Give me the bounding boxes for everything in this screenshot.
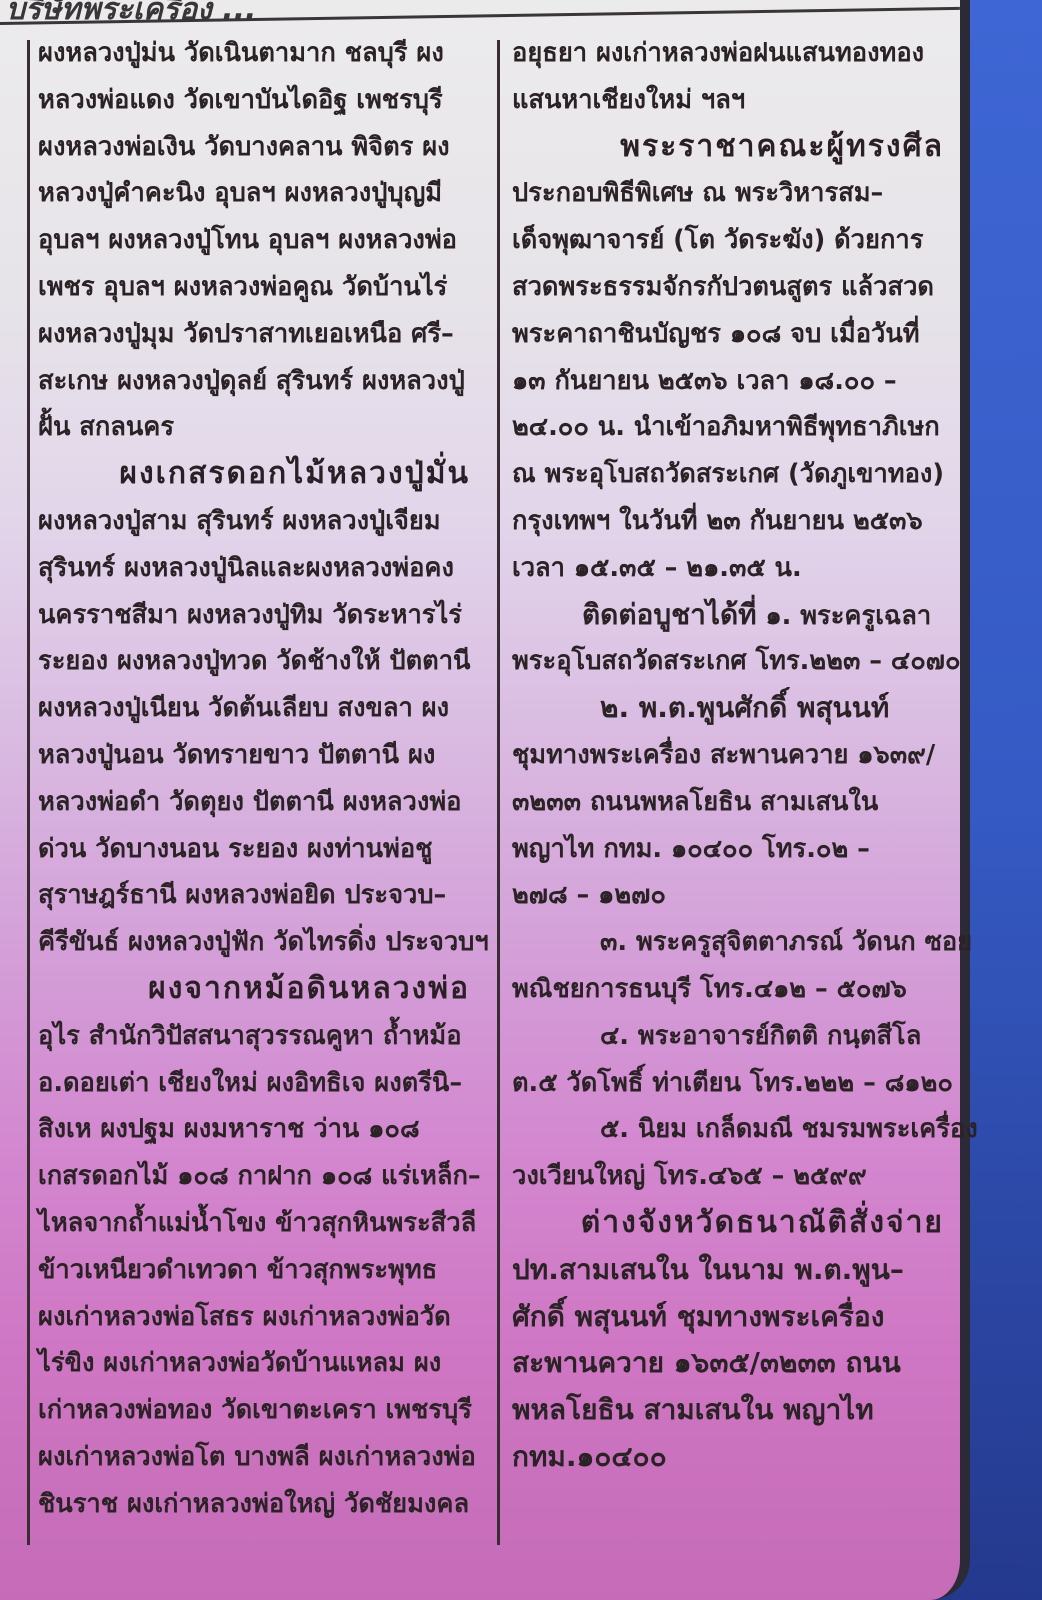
right-column: อยุธยา ผงเก่าหลวงพ่อฝนแสนทองทอง แสนหาเชี…: [512, 30, 952, 1481]
contact-name: ๔. พระอาจารย์กิตติ กนฺตสีโล: [512, 1013, 952, 1060]
text-line: พระคาถาชินบัญชร ๑๐๘ จบ เมื่อวันที่: [512, 311, 952, 358]
text-line: สุราษฎร์ธานี ผงหลวงพ่อยิด ประจวบ–: [38, 872, 478, 919]
text-line: อุบลฯ ผงหลวงปู่โทน อุบลฯ ผงหลวงพ่อ: [38, 217, 478, 264]
section-heading: ต่างจังหวัดธนาณัติสั่งจ่าย: [512, 1200, 952, 1247]
text-line: ผงหลวงพ่อเงิน วัดบางคลาน พิจิตร ผง: [38, 124, 478, 171]
text-line: ผงหลวงปู่สาม สุรินทร์ ผงหลวงปู่เจียม: [38, 498, 478, 545]
text-line: สะเกษ ผงหลวงปู่ดุลย์ สุรินทร์ ผงหลวงปู่: [38, 358, 478, 405]
text-line: สุรินทร์ ผงหลวงปู่นิลและผงหลวงพ่อคง: [38, 545, 478, 592]
contact-detail: พญาไท กทม. ๑๐๔๐๐ โทร.๐๒ –: [512, 826, 952, 873]
section-heading: ผงจากหม้อดินหลวงพ่อ: [38, 966, 478, 1013]
text-line: เพชร อุบลฯ ผงหลวงพ่อคูณ วัดบ้านไร่: [38, 264, 478, 311]
newspaper-page: บริษัทพระเครื่อง ... ผงหลวงปู่ม่น วัดเนิ…: [0, 0, 970, 1600]
text-line: ศักดิ์ พสุนนท์ ชุมทางพระเครื่อง: [512, 1294, 952, 1341]
left-column: ผงหลวงปู่ม่น วัดเนินตามาก ชลบุรี ผง หลวง…: [38, 30, 478, 1528]
text-line: ๒๔.๐๐ น. นำเข้าอภิมหาพิธีพุทธาภิเษก: [512, 404, 952, 451]
text-line: ไหลจากถ้ำแม่น้ำโขง ข้าวสุกหินพระสีวลี: [38, 1200, 478, 1247]
text-line: ข้าวเหนียวดำเทวดา ข้าวสุกพระพุทธ: [38, 1247, 478, 1294]
contact-detail: ต.๕ วัดโพธิ์ ท่าเตียน โทร.๒๒๒ – ๘๑๒๐: [512, 1060, 952, 1107]
contact-detail: วงเวียนใหญ่ โทร.๔๖๕ – ๒๕๙๙: [512, 1153, 952, 1200]
text-line: ผงหลวงปู่ม่น วัดเนินตามาก ชลบุรี ผง: [38, 30, 478, 77]
column-divider: [497, 40, 500, 1545]
text-line: ผงหลวงปู่เนียน วัดต้นเลียบ สงขลา ผง: [38, 685, 478, 732]
text-line: นครราชสีมา ผงหลวงปู่ทิม วัดระหารไร่: [38, 592, 478, 639]
contact-name: ๓. พระครูสุจิตตาภรณ์ วัดนก ซอย: [512, 919, 952, 966]
header-cut-text: บริษัทพระเครื่อง ...: [6, 0, 256, 30]
text-line: ด่วน วัดบางนอน ระยอง ผงท่านพ่อชู: [38, 826, 478, 873]
left-column-rule: [27, 40, 30, 1545]
contact-detail: ๒๗๘ – ๑๒๗๐: [512, 872, 952, 919]
text-line: ระยอง ผงหลวงปู่ทวด วัดช้างให้ ปัตตานี: [38, 638, 478, 685]
text-line: ๑๓ กันยายน ๒๕๓๖ เวลา ๑๘.๐๐ –: [512, 358, 952, 405]
text-line: ผงหลวงปู่มุม วัดปราสาทเยอเหนือ ศรี–: [38, 311, 478, 358]
contact-detail: ๓๒๓๓ ถนนพหลโยธิน สามเสนใน: [512, 779, 952, 826]
text-line: เวลา ๑๕.๓๕ – ๒๑.๓๕ น.: [512, 545, 952, 592]
text-line: หลวงปู่นอน วัดทรายขาว ปัตตานี ผง: [38, 732, 478, 779]
section-heading: พระราชาคณะผู้ทรงศีล: [512, 124, 952, 171]
text-line: สะพานควาย ๑๖๓๕/๓๒๓๓ ถนน: [512, 1340, 952, 1387]
text-line: ผงเก่าหลวงพ่อโต บางพลี ผงเก่าหลวงพ่อ: [38, 1434, 478, 1481]
contact-name: ๒. พ.ต.พูนศักดิ์ พสุนนท์: [512, 685, 952, 732]
text-line: อยุธยา ผงเก่าหลวงพ่อฝนแสนทองทอง: [512, 30, 952, 77]
contact-name: ๑. พระครูเฉลา: [765, 601, 931, 631]
text-line: เกสรดอกไม้ ๑๐๘ กาฝาก ๑๐๘ แร่เหล็ก–: [38, 1153, 478, 1200]
text-line: ผงเก่าหลวงพ่อโสธร ผงเก่าหลวงพ่อวัด: [38, 1294, 478, 1341]
text-line: สิงเห ผงปฐม ผงมหาราช ว่าน ๑๐๘: [38, 1106, 478, 1153]
text-line: คีรีขันธ์ ผงหลวงปู่ฟัก วัดไทรดิ่ง ประจวบ…: [38, 919, 478, 966]
text-line: เด็จพุฒาจารย์ (โต วัดระฆัง) ด้วยการ: [512, 217, 952, 264]
text-line: สวดพระธรรมจักรกัปวตนสูตร แล้วสวด: [512, 264, 952, 311]
contact-detail: พณิชยการธนบุรี โทร.๔๑๒ – ๕๐๗๖: [512, 966, 952, 1013]
text-line: ประกอบพิธีพิเศษ ณ พระวิหารสม–: [512, 170, 952, 217]
contact-entry-1: ติดต่อบูชาได้ที่ ๑. พระครูเฉลา: [512, 592, 952, 639]
text-line: กรุงเทพฯ ในวันที่ ๒๓ กันยายน ๒๕๓๖: [512, 498, 952, 545]
text-line: เก่าหลวงพ่อทอง วัดเขาตะเครา เพชรบุรี: [38, 1387, 478, 1434]
text-line: หลวงพ่อดำ วัดตุยง ปัตตานี ผงหลวงพ่อ: [38, 779, 478, 826]
text-line: แสนหาเชียงใหม่ ฯลฯ: [512, 77, 952, 124]
text-line: ชินราช ผงเก่าหลวงพ่อใหญ่ วัดชัยมงคล: [38, 1481, 478, 1528]
contact-name: ๕. นิยม เกล็ดมณี ชมรมพระเครื่อง: [512, 1106, 952, 1153]
text-line: อ.ดอยเต่า เชียงใหม่ ผงอิทธิเจ ผงตรีนิ–: [38, 1060, 478, 1107]
contact-detail: ชุมทางพระเครื่อง สะพานควาย ๑๖๓๙/: [512, 732, 952, 779]
text-line: พหลโยธิน สามเสนใน พญาไท: [512, 1387, 952, 1434]
section-heading: ผงเกสรดอกไม้หลวงปู่มั่น: [38, 451, 478, 498]
text-line: ฝั้น สกลนคร: [38, 404, 478, 451]
text-line: กทม.๑๐๔๐๐: [512, 1434, 952, 1481]
text-line: อุไร สำนักวิปัสสนาสุวรรณคูหา ถ้ำหม้อ: [38, 1013, 478, 1060]
text-line: ไร่ขิง ผงเก่าหลวงพ่อวัดบ้านแหลม ผง: [38, 1340, 478, 1387]
contact-heading: ติดต่อบูชาได้ที่: [582, 598, 757, 631]
contact-detail: พระอุโบสถวัดสระเกศ โทร.๒๒๓ – ๔๐๗๐: [512, 638, 952, 685]
text-line: หลวงปู่คำคะนิง อุบลฯ ผงหลวงปู่บุญมี: [38, 170, 478, 217]
text-line: ณ พระอุโบสถวัดสระเกศ (วัดภูเขาทอง): [512, 451, 952, 498]
text-line: ปท.สามเสนใน ในนาม พ.ต.พูน–: [512, 1247, 952, 1294]
text-line: หลวงพ่อแดง วัดเขาบันไดอิฐ เพชรบุรี: [38, 77, 478, 124]
